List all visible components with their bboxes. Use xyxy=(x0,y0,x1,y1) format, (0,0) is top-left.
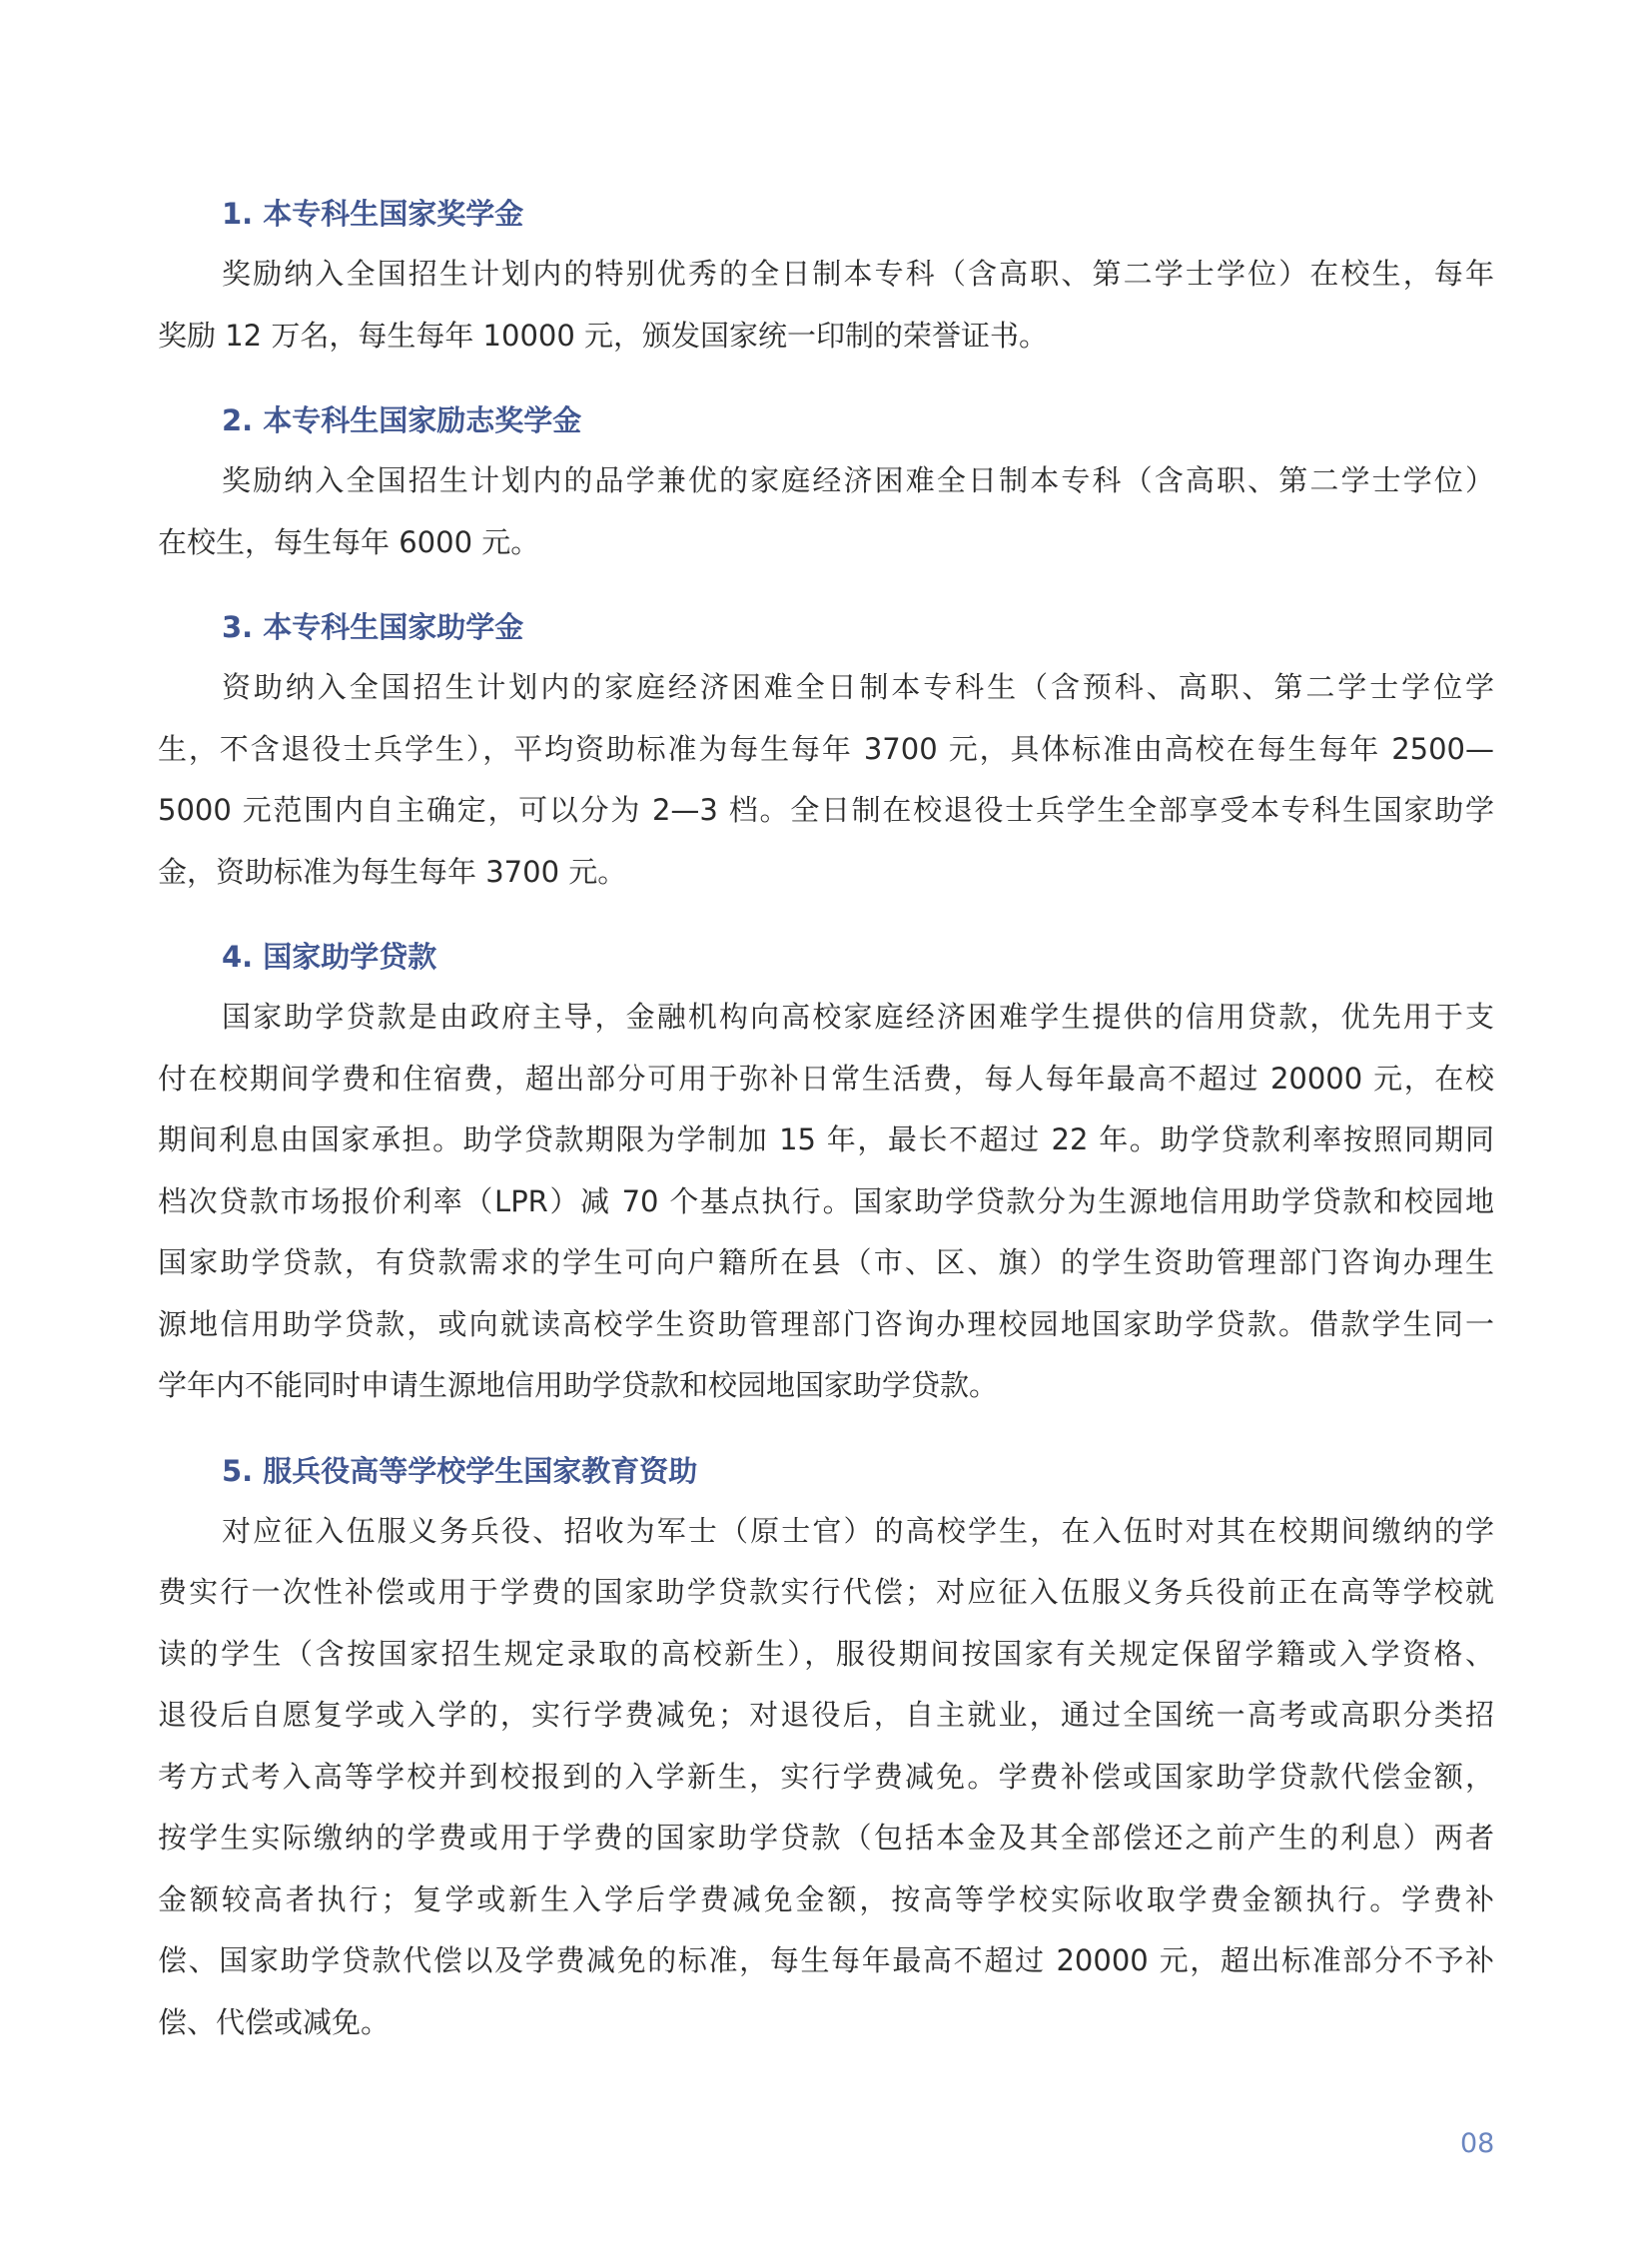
paragraph-line: 5000 元范围内自主确定，可以分为 2—3 档。全日制在校退役士兵学生全部享受… xyxy=(158,788,1494,850)
paragraph-line: 偿、国家助学贷款代偿以及学费减免的标准，每生每年最高不超过 20000 元，超出… xyxy=(158,1938,1494,2000)
paragraph-line: 学年内不能同时申请生源地信用助学贷款和校园地国家助学贷款。 xyxy=(158,1363,1494,1425)
section-heading: 1. 本专科生国家奖学金 xyxy=(158,192,1494,236)
paragraph-line: 期间利息由国家承担。助学贷款期限为学制加 15 年，最长不超过 22 年。助学贷… xyxy=(158,1118,1494,1179)
section-heading: 4. 国家助学贷款 xyxy=(158,935,1494,979)
paragraph-line: 国家助学贷款，有贷款需求的学生可向户籍所在县（市、区、旗）的学生资助管理部门咨询… xyxy=(158,1240,1494,1302)
paragraph-line: 生，不含退役士兵学生），平均资助标准为每生每年 3700 元，具体标准由高校在每… xyxy=(158,727,1494,789)
section-heading: 2. 本专科生国家励志奖学金 xyxy=(158,398,1494,442)
paragraph-line: 偿、代偿或减免。 xyxy=(158,2000,1494,2062)
paragraph-line: 按学生实际缴纳的学费或用于学费的国家助学贷款（包括本金及其全部偿还之前产生的利息… xyxy=(158,1816,1494,1877)
section-paragraph: 奖励纳入全国招生计划内的特别优秀的全日制本专科（含高职、第二学士学位）在校生，每… xyxy=(158,252,1494,374)
section-paragraph: 资助纳入全国招生计划内的家庭经济困难全日制本专科生（含预科、高职、第二学士学位学… xyxy=(158,665,1494,911)
paragraph-line: 退役后自愿复学或入学的，实行学费减免；对退役后，自主就业，通过全国统一高考或高职… xyxy=(158,1693,1494,1755)
document-body: 1. 本专科生国家奖学金 奖励纳入全国招生计划内的特别优秀的全日制本专科（含高职… xyxy=(158,192,1494,2085)
section-national-grant: 3. 本专科生国家助学金 资助纳入全国招生计划内的家庭经济困难全日制本专科生（含… xyxy=(158,605,1494,911)
paragraph-line: 奖励纳入全国招生计划内的品学兼优的家庭经济困难全日制本专科（含高职、第二学士学位… xyxy=(158,458,1494,520)
paragraph-line: 对应征入伍服义务兵役、招收为军士（原士官）的高校学生，在入伍时对其在校期间缴纳的… xyxy=(158,1509,1494,1571)
section-heading: 5. 服兵役高等学校学生国家教育资助 xyxy=(158,1449,1494,1493)
section-national-encouragement-scholarship: 2. 本专科生国家励志奖学金 奖励纳入全国招生计划内的品学兼优的家庭经济困难全日… xyxy=(158,398,1494,581)
section-paragraph: 对应征入伍服义务兵役、招收为军士（原士官）的高校学生，在入伍时对其在校期间缴纳的… xyxy=(158,1509,1494,2062)
paragraph-line: 金额较高者执行；复学或新生入学后学费减免金额，按高等学校实际收取学费金额执行。学… xyxy=(158,1877,1494,1939)
paragraph-line: 奖励纳入全国招生计划内的特别优秀的全日制本专科（含高职、第二学士学位）在校生，每… xyxy=(158,252,1494,314)
paragraph-line: 考方式考入高等学校并到校报到的入学新生，实行学费减免。学费补偿或国家助学贷款代偿… xyxy=(158,1755,1494,1817)
paragraph-line: 资助纳入全国招生计划内的家庭经济困难全日制本专科生（含预科、高职、第二学士学位学 xyxy=(158,665,1494,727)
paragraph-line: 在校生，每生每年 6000 元。 xyxy=(158,520,1494,582)
paragraph-line: 奖励 12 万名，每生每年 10000 元，颁发国家统一印制的荣誉证书。 xyxy=(158,314,1494,375)
section-heading: 3. 本专科生国家助学金 xyxy=(158,605,1494,649)
page-number: 08 xyxy=(1460,2128,1494,2159)
section-paragraph: 奖励纳入全国招生计划内的品学兼优的家庭经济困难全日制本专科（含高职、第二学士学位… xyxy=(158,458,1494,581)
paragraph-line: 付在校期间学费和住宿费，超出部分可用于弥补日常生活费，每人每年最高不超过 200… xyxy=(158,1057,1494,1119)
section-paragraph: 国家助学贷款是由政府主导，金融机构向高校家庭经济困难学生提供的信用贷款，优先用于… xyxy=(158,995,1494,1425)
paragraph-line: 费实行一次性补偿或用于学费的国家助学贷款实行代偿；对应征入伍服义务兵役前正在高等… xyxy=(158,1570,1494,1632)
section-military-service-education-aid: 5. 服兵役高等学校学生国家教育资助 对应征入伍服义务兵役、招收为军士（原士官）… xyxy=(158,1449,1494,2062)
paragraph-line: 国家助学贷款是由政府主导，金融机构向高校家庭经济困难学生提供的信用贷款，优先用于… xyxy=(158,995,1494,1057)
paragraph-line: 档次贷款市场报价利率（LPR）减 70 个基点执行。国家助学贷款分为生源地信用助… xyxy=(158,1179,1494,1241)
paragraph-line: 源地信用助学贷款，或向就读高校学生资助管理部门咨询办理校园地国家助学贷款。借款学… xyxy=(158,1302,1494,1364)
paragraph-line: 读的学生（含按国家招生规定录取的高校新生），服役期间按国家有关规定保留学籍或入学… xyxy=(158,1632,1494,1694)
section-national-scholarship: 1. 本专科生国家奖学金 奖励纳入全国招生计划内的特别优秀的全日制本专科（含高职… xyxy=(158,192,1494,374)
document-page: 1. 本专科生国家奖学金 奖励纳入全国招生计划内的特别优秀的全日制本专科（含高职… xyxy=(0,0,1652,2241)
section-national-student-loan: 4. 国家助学贷款 国家助学贷款是由政府主导，金融机构向高校家庭经济困难学生提供… xyxy=(158,935,1494,1425)
paragraph-line: 金，资助标准为每生每年 3700 元。 xyxy=(158,850,1494,912)
